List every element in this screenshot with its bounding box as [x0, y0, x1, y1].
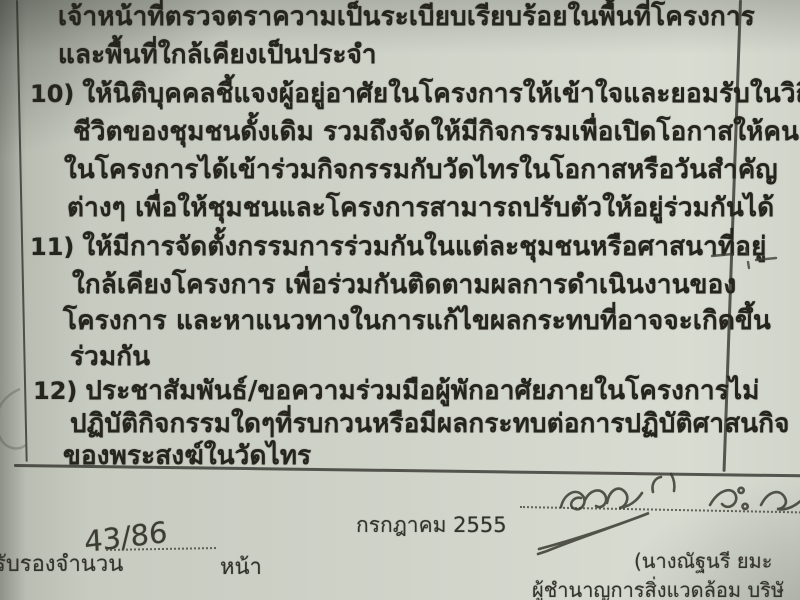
document-line: และพื้นที่ใกล้เคียงเป็นประจำ [58, 34, 377, 75]
document-line: ต่างๆ เพื่อให้ชุมชนและโครงการสามารถปรับต… [67, 187, 774, 228]
pen-scribble-icon [0, 385, 36, 455]
signer-title: ผู้ชำนาญการสิ่งแวดล้อม บริษั [532, 574, 784, 600]
item-number: 10) [30, 80, 74, 108]
document-line: ของพระสงฆ์ในวัดไทร [63, 435, 311, 476]
certify-suffix: หน้า [220, 549, 262, 584]
pen-marks-icon [700, 240, 800, 280]
document-photo: เจ้าหน้าที่ตรวจตราความเป็นระเบียบเรียบร้… [0, 0, 800, 600]
certify-pages-handwritten: 43/86 [83, 515, 168, 559]
document-ink-layer: เจ้าหน้าที่ตรวจตราความเป็นระเบียบเรียบร้… [0, 0, 800, 600]
document-line: 10)ให้นิติบุคคลชี้แจงผู้อยู่อาศัยในโครงก… [30, 73, 800, 114]
document-line: ใกล้เคียงโครงการ เพื่อร่วมกันติดตามผลการ… [72, 264, 736, 305]
item-number: 11) [30, 233, 74, 261]
signer-name: (นางณัฐนรี ยมะ [634, 545, 772, 577]
document-line: 11)ให้มีการจัดตั้งกรรมการร่วมกันในแต่ละช… [30, 226, 767, 267]
document-line: ชีวิตของชุมชนดั้งเดิม รวมถึงจัดให้มีกิจก… [73, 111, 799, 152]
document-line: โครงการ และหาแนวทางในการแก้ไขผลกระทบที่อ… [63, 300, 771, 341]
document-line: เจ้าหน้าที่ตรวจตราความเป็นระเบียบเรียบร้… [58, 0, 755, 37]
date-label: กรกฎาคม 2555 [356, 509, 507, 542]
item-number: 12) [33, 377, 77, 405]
document-line: ในโครงการได้เข้าร่วมกิจกรรมกับวัดไทรในโอ… [64, 149, 778, 190]
